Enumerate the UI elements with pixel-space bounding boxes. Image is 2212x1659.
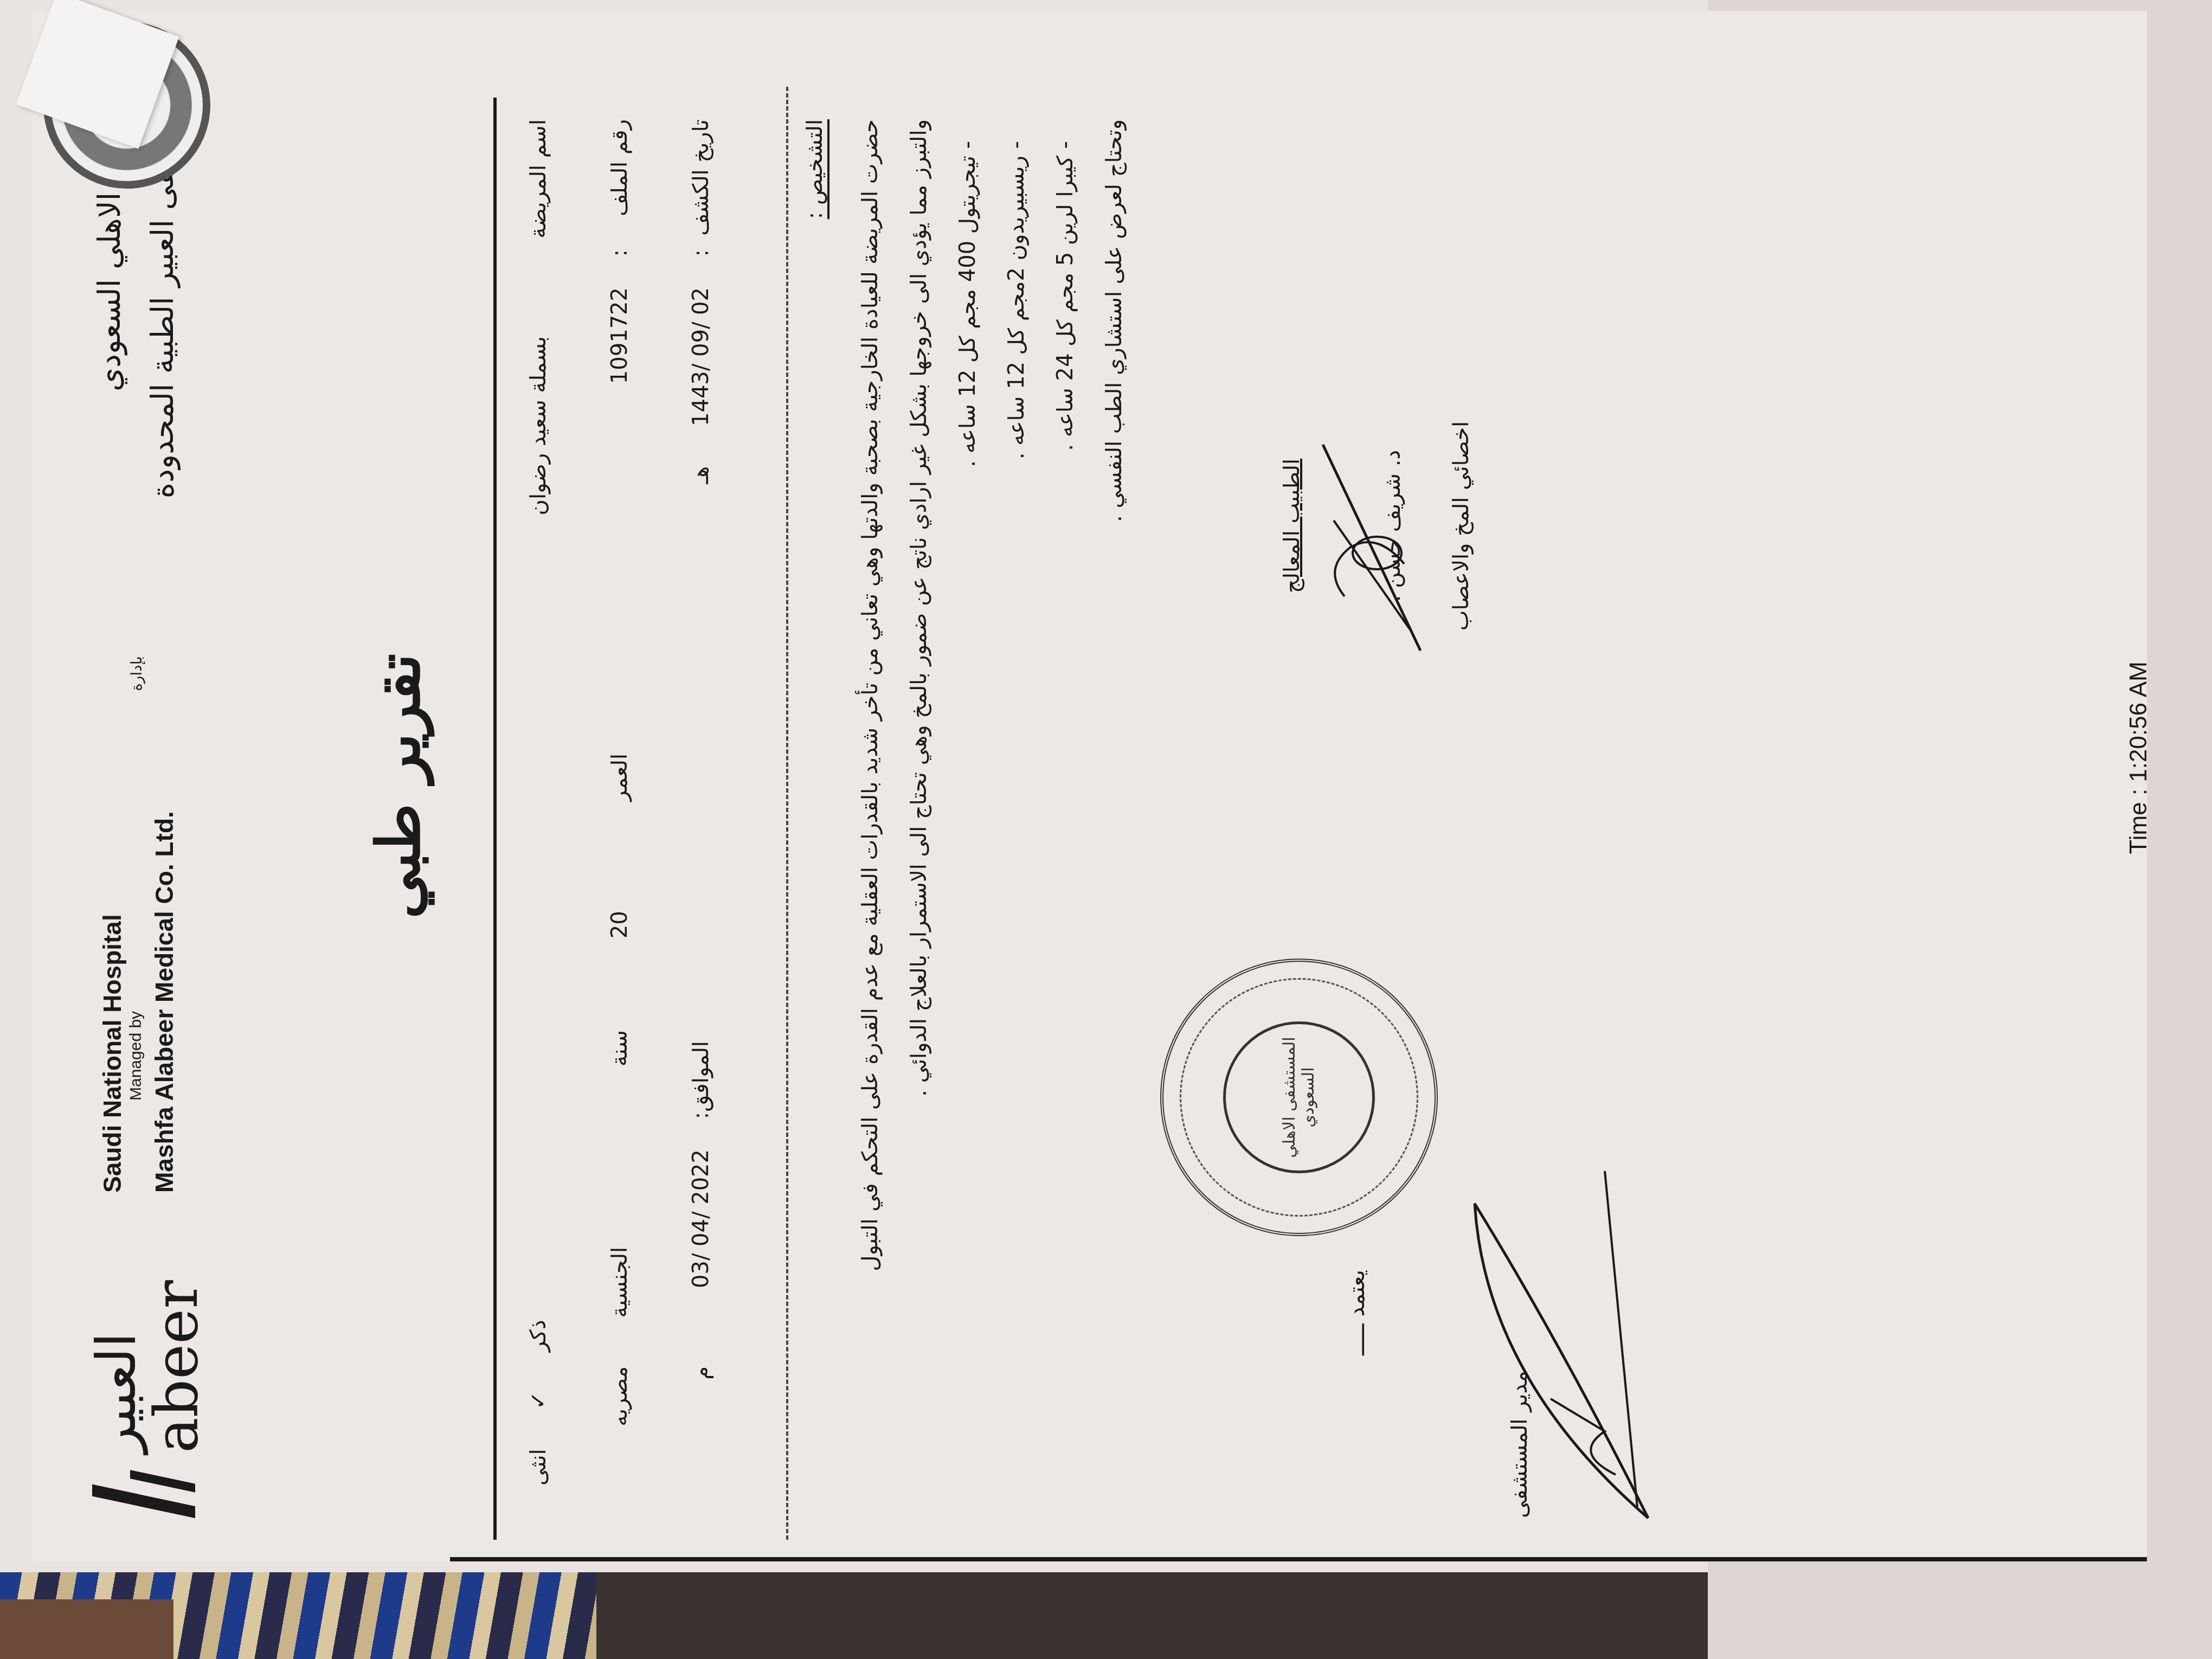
director-label: مدير المستشفى [1507,1371,1532,1518]
approval-label: يعتمد ـــــ [1345,1270,1369,1355]
logo-english: abeer [146,1280,206,1453]
logo-arabic: العبير [87,1280,146,1453]
medication-item: - ريسبيريدون 2مجم كل 12 ساعه . [992,141,1041,1529]
divider [493,98,497,1540]
nationality-value: مصريه [607,1366,632,1426]
patient-info: اسم المريضة بسملة سعيد رضوان ذكر ✓ انثى … [510,119,759,1507]
letterhead: العبير abeer Saudi National Hospital Man… [76,43,211,1529]
medical-report: العبير abeer Saudi National Hospital Man… [33,11,2147,1561]
managed-by-ar: بإدارة [127,656,145,691]
patient-name-label: اسم المريضة [526,119,551,239]
info-row-date: تاريخ الكشف : 1443/ 09/ 02 هـ الموافق: 0… [689,119,721,1507]
patient-name-value: بسملة سعيد رضوان [526,336,551,515]
separator: : [689,249,713,256]
gender-female-label: انثى [526,1449,551,1486]
file-number-value: 1091722 [607,287,632,384]
diagnosis-body: حضرت المريضة للعيادة الخارجية بصحبة والد… [846,119,1139,1529]
stamp-text: المستشفى الاهلي السعودي [1223,1021,1375,1173]
gender-field: ذكر ✓ انثى [526,1320,551,1486]
page-title: تقرير طبي [363,11,433,1561]
print-timestamp: Time : 1:20:56 AM [2125,661,2152,854]
divider-dashed [786,87,788,1540]
nationality-label: الجنسية [607,1247,632,1317]
gregorian-suffix: م [689,1366,713,1380]
company-name-en: Mashfa Alabeer Medical Co. Ltd. [150,811,179,1193]
document-page: العبير abeer Saudi National Hospital Man… [33,11,2147,1561]
director-signature-icon [1442,1160,1670,1540]
managed-by-en: Managed by [127,811,145,1101]
hospital-name-en: Saudi National Hospital [98,811,127,1193]
gregorian-date: 03/ 04/ 2022 [689,1149,713,1288]
gender-male-label: ذكر [526,1320,551,1352]
medication-item: - تيجريتول 400 مجم كل 12 ساعه . [943,141,992,1529]
visit-date-label: تاريخ الكشف [689,119,713,236]
check-icon: ✓ [526,1391,551,1410]
info-row-file: رقم الملف : 1091722 العمر 20 سنة الجنسية… [607,119,640,1507]
diagnosis-closing: وتحتاج لعرض على استشاري الطب النفسي . [1090,119,1139,1529]
doctor-specialty: اخصائي المخ والاعصاب [1449,282,1474,770]
diagnosis-heading: التشخيص : [802,119,827,219]
gregorian-label: الموافق: [689,1041,713,1119]
abeer-logo-icon [92,1458,201,1529]
visit-date-hijri: 1443/ 09/ 02 [689,287,713,426]
diagnosis-line: والتبرز مما يؤدي الى خروجها بشكل غير ارا… [895,119,943,1529]
info-row-name: اسم المريضة بسملة سعيد رضوان ذكر ✓ انثى [526,119,558,1507]
hospital-stamp-icon: المستشفى الاهلي السعودي [1160,959,1438,1236]
hospital-name-english: Saudi National Hospital Managed by Mashf… [98,811,179,1193]
age-label: العمر [607,754,632,801]
hijri-suffix: هـ [689,466,713,484]
file-number-label: رقم الملف [607,119,632,216]
separator: : [607,249,632,256]
medication-item: - كيبرا لرين 5 مجم كل 24 ساعه . [1041,141,1090,1529]
age-unit: سنة [607,1030,632,1066]
age-value: 20 [607,911,632,938]
background-surface [0,1599,173,1659]
doctor-signature-icon [1312,434,1431,661]
diagnosis-line: حضرت المريضة للعيادة الخارجية بصحبة والد… [846,119,895,1529]
logo-wordmark: العبير abeer [87,1280,206,1453]
treating-doctor-label: الطبيب المعالج [1279,282,1304,770]
